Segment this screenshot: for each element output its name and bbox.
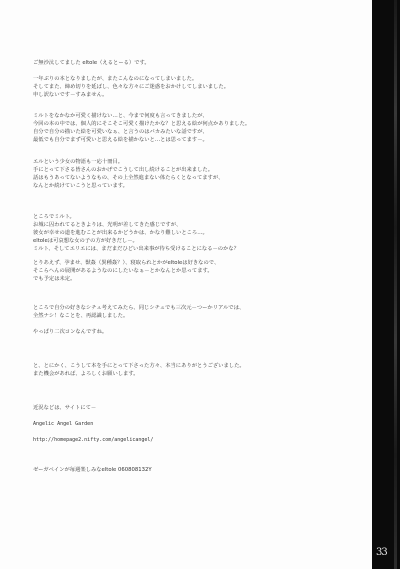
site-name: Angelic Angel Garden (33, 420, 93, 428)
text-line: 最低でも自分でまず可愛いと思える絵を描かないと…とは思ってます－。 (33, 136, 250, 144)
text-line: ミルトをなかなか可愛く描けない…と、今まで何度も言ってきましたが、 (33, 112, 250, 120)
paragraph: やっぱり二次コンなんですね。 (33, 328, 107, 336)
text-line: エルという少女の物語も一応十冊目。 (33, 158, 223, 166)
text-line: また機会があれば、よろしくお願いします。 (33, 370, 245, 378)
text-line: お城に囚われてるときよりは、光明が差してきた感じですが、 (33, 221, 239, 229)
author-signature: ゼーガペインが毎週楽しみなeltole 060808132Y (33, 466, 152, 474)
scan-edge-noise (394, 0, 397, 569)
text-line: 近況などは、サイトにて－ (33, 404, 96, 412)
text-line: 今回の本の中では、個人的にそこそこ可愛く描けたかな？と思える絵が何点かありました… (33, 120, 250, 128)
text-line: ところでミルト。 (33, 213, 239, 221)
text-line: ところで自分の好きなシチュ考えてみたら、同じシチュでも三次元－つーかリアルでは、 (33, 304, 244, 312)
text-line: そしてまた、締め切りを延ばし、色々な方々にご迷惑をおかけしてしまいました。 (33, 83, 229, 91)
site-url[interactable]: http://homepage2.nifty.com/angelicangel/ (33, 436, 153, 444)
text-line: 申し訳ないです－すみません。 (33, 91, 229, 99)
text-line: とりあえず、孕ませ、獣姦（異種姦？）、寝取られとかがeltoleは好きなので、 (33, 259, 219, 267)
paragraph: ご無沙汰してました eltole（えるとーる）です。 (33, 59, 150, 67)
text-line: 手にとって下さる皆さんのおかげでこうして出し続けることが出来ました。 (33, 166, 223, 174)
text-line: ミルト、そしてエリエには、まだまだひどい出来事が待ち受けることになる－のかな？ (33, 245, 239, 253)
paragraph: ミルトをなかなか可愛く描けない…と、今まで何度も言ってきましたが、今回の本の中で… (33, 112, 250, 144)
page-number: 33 (376, 547, 387, 558)
paragraph: 近況などは、サイトにて－ (33, 404, 96, 412)
text-line: と、とにかく、こうして本を手にとって下さった方々、本当にありがとうございました。 (33, 362, 245, 370)
paragraph: と、とにかく、こうして本を手にとって下さった方々、本当にありがとうございました。… (33, 362, 245, 378)
text-line: 彼女が幸せの道を進むことが出来るかどうかは、かなり難しいところ…。 (33, 229, 239, 237)
text-line: なんとか続けていこうと思っています。 (33, 182, 223, 190)
text-line: そこらへんの展開があるようなのにしたいなぁ－とかなんとか思ってます。 (33, 267, 219, 275)
paragraph: ところで自分の好きなシチュ考えてみたら、同じシチュでも三次元－つーかリアルでは、… (33, 304, 244, 320)
text-line: 自分で自分の描いた絵を可愛いなぁ、と言うのはバカみたいな話ですが、 (33, 128, 250, 136)
text-line: 一年ぶりの本となりましたが、またこんなのになってしまいました。 (33, 75, 229, 83)
text-line: 話はもうあってないようなもの、その上全然進まない体たらくとなってますが、 (33, 174, 223, 182)
paragraph: とりあえず、孕ませ、獣姦（異種姦？）、寝取られとかがeltoleは好きなので、そ… (33, 259, 219, 283)
paragraph: ところでミルト。お城に囚われてるときよりは、光明が差してきた感じですが、彼女が幸… (33, 213, 239, 253)
document-page: ご無沙汰してました eltole（えるとーる）です。一年ぶりの本となりましたが、… (0, 0, 372, 569)
text-line: eltoleは可哀想な女の子の方が好きだし－。 (33, 237, 239, 245)
text-line: やっぱり二次コンなんですね。 (33, 328, 107, 336)
text-line: でも予定は未定。 (33, 275, 219, 283)
paragraph: エルという少女の物語も一応十冊目。手にとって下さる皆さんのおかげでこうして出し続… (33, 158, 223, 190)
paragraph: 一年ぶりの本となりましたが、またこんなのになってしまいました。そしてまた、締め切… (33, 75, 229, 99)
text-line: ご無沙汰してました eltole（えるとーる）です。 (33, 59, 150, 67)
text-line: 全然ナシ！なことを、再認識しました。 (33, 312, 244, 320)
